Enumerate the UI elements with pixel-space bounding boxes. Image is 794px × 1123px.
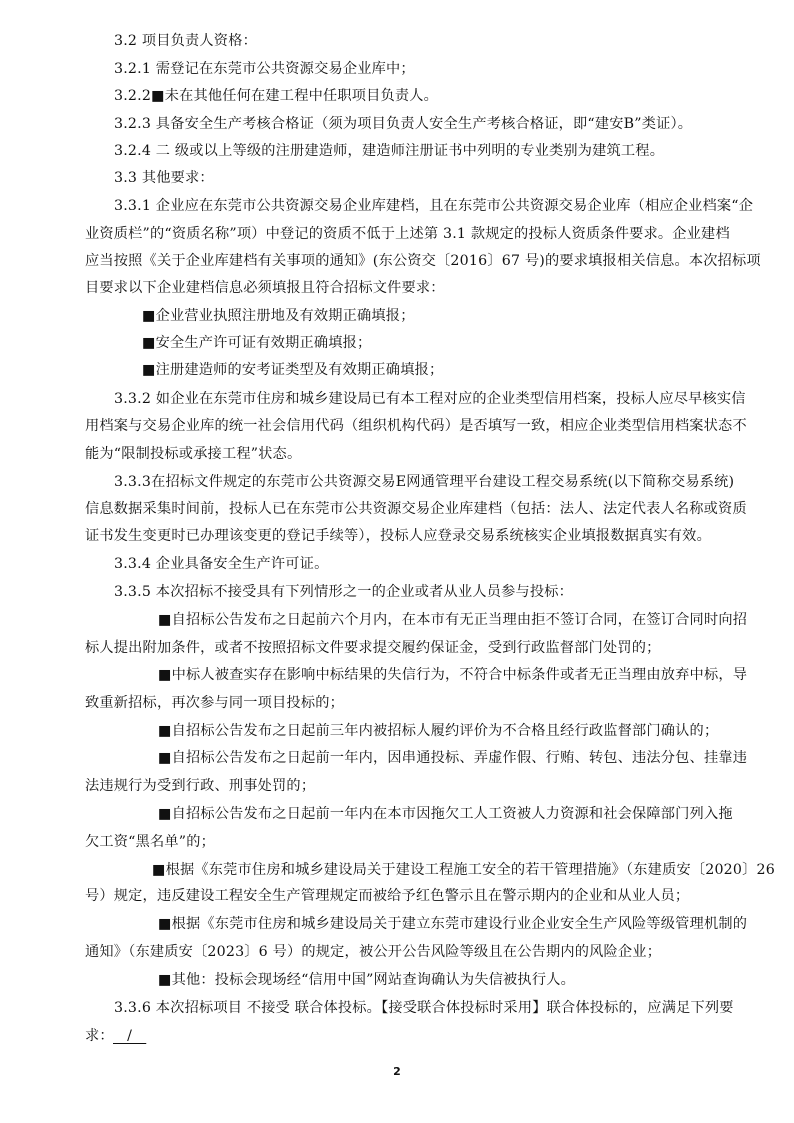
fill-in-blank-field: / [113, 1026, 146, 1046]
text-line: 通知》（东建质安〔2023〕6 号）的规定，被公开公告风险等级且在公告期内的风险… [85, 942, 661, 962]
bullet-item: ■自招标公告发布之日起前一年内在本市因拖欠工人工资被人力资源和社会保障部门列入拖 [158, 804, 728, 824]
bullet-item: ■自招标公告发布之日起前六个月内，在本市有无正当理由拒不签订合同，在签订合同时向… [158, 610, 728, 630]
text-line: 求： [85, 1026, 114, 1046]
text-line: 3.3.4 企业具备安全生产许可证。 [114, 554, 328, 574]
text-line: 3.3.1 企业应在东莞市公共资源交易企业库建档，且在东莞市公共资源交易企业库（… [114, 196, 728, 216]
text-line: 3.2.1 需登记在东莞市公共资源交易企业库中； [114, 59, 415, 79]
text-line: 3.3.2 如企业在东莞市住房和城乡建设局已有本工程对应的企业类型信用档案，投标… [114, 389, 728, 409]
text-line: 3.2.3 具备安全生产考核合格证（须为项目负责人安全生产考核合格证，即“建安B… [114, 114, 692, 134]
text-line: 3.2 项目负责人资格： [114, 31, 257, 51]
bullet-item: ■企业营业执照注册地及有效期正确填报； [142, 306, 415, 326]
text-line: 3.2.4 二 级或以上等级的注册建造师，建造师注册证书中列明的专业类别为建筑工… [114, 141, 664, 161]
text-line: 3.3 其他要求： [114, 168, 214, 188]
text-line: 能为“限制投标或承接工程”状态。 [85, 444, 301, 464]
text-line: 业资质栏”的“资质名称”项）中登记的资质不低于上述第 3.1 款规定的投标人资质… [85, 224, 728, 244]
bullet-item: ■注册建造师的安考证类型及有效期正确填报； [142, 360, 443, 380]
text-line: 欠工资“黑名单”的； [85, 832, 215, 852]
text-line: 3.3.5 本次招标不接受具有下列情形之一的企业或者从业人员参与投标： [114, 582, 573, 602]
text-line: 应当按照《关于企业库建档有关事项的通知》(东公资交〔2016〕67 号)的要求填… [85, 251, 728, 271]
text-line: 3.3.6 本次招标项目 不接受 联合体投标。【接受联合体投标时采用】联合体投标… [114, 998, 728, 1018]
bullet-item: ■其他：投标会现场经“信用中国”网站查询确认为失信被执行人。 [158, 970, 575, 990]
text-line: 用档案与交易企业库的统一社会信用代码（组织机构代码）是否填写一致，相应企业类型信… [85, 416, 728, 436]
text-line: 致重新招标，再次参与同一项目投标的； [85, 693, 344, 713]
text-line: 证书发生变更时已办理该变更的登记手续等），投标人应登录交易系统核实企业填报数据真… [85, 526, 711, 546]
bullet-item: ■自招标公告发布之日起前三年内被招标人履约评价为不合格且经行政监督部门确认的； [158, 721, 718, 741]
text-line: 标人提出附加条件，或者不按照招标文件要求提交履约保证金，受到行政监督部门处罚的； [85, 638, 661, 658]
text-line: 信息数据采集时间前，投标人已在东莞市公共资源交易企业库建档（包括：法人、法定代表… [85, 499, 728, 519]
bullet-item: ■安全生产许可证有效期正确填报； [142, 333, 371, 353]
text-line: 3.3.3在招标文件规定的东莞市公共资源交易E网通管理平台建设工程交易系统(以下… [114, 472, 728, 492]
text-line: 法违规行为受到行政、刑事处罚的； [85, 776, 315, 796]
text-line: 3.2.2■未在其他任何在建工程中任职项目负责人。 [114, 86, 438, 106]
text-line: 号）规定，违反建设工程安全生产管理规定而被给予红色警示且在警示期内的企业和从业人… [85, 886, 689, 906]
bullet-item: ■根据《东莞市住房和城乡建设局关于建立东莞市建设行业企业安全生产风险等级管理机制… [158, 914, 728, 934]
bullet-item: ■自招标公告发布之日起前一年内，因串通投标、弄虚作假、行贿、转包、违法分包、挂靠… [158, 748, 728, 768]
bullet-item: ■中标人被查实存在影响中标结果的失信行为，不符合中标条件或者无正当理由放弃中标，… [158, 665, 728, 685]
bullet-item: ■根据《东莞市住房和城乡建设局关于建设工程施工安全的若干管理措施》（东建质安〔2… [152, 860, 728, 880]
page-number: 2 [0, 1065, 794, 1078]
text-line: 目要求以下企业建档信息必须填报且符合招标文件要求： [85, 278, 445, 298]
